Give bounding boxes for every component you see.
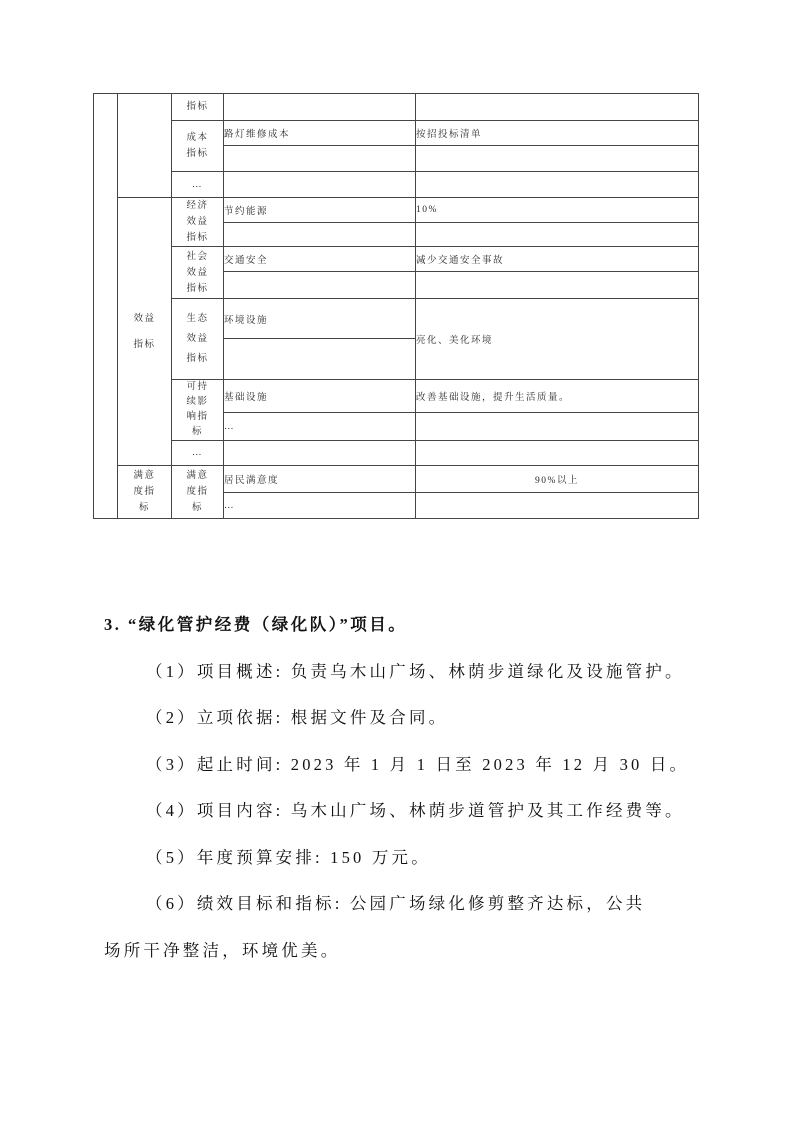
cell-indicator-name: 环境设施 bbox=[224, 299, 416, 339]
cell-indicator-value: 改善基础设施，提升生活质量。 bbox=[416, 380, 699, 413]
document-page: 指标 成本 指标 路灯维修成本 按招投标清单 … 效益 指标 经济 效益 指标 bbox=[0, 0, 793, 1122]
cell-subcategory-partial: 指标 bbox=[172, 94, 224, 121]
table-row: 成本 指标 路灯维修成本 按招投标清单 bbox=[94, 121, 699, 146]
cell-indicator-name-empty bbox=[224, 146, 416, 172]
table-row: 效益 指标 经济 效益 指标 节约能源 10% bbox=[94, 198, 699, 223]
cell-indicator-name: 路灯维修成本 bbox=[224, 121, 416, 146]
cell-indicator-name-empty bbox=[224, 172, 416, 198]
paragraph-item-5: （5）年度预算安排: 150 万元。 bbox=[104, 835, 729, 882]
cell-indicator-name: 基础设施 bbox=[224, 380, 416, 413]
cell-indicator-name-empty bbox=[224, 272, 416, 299]
cell-subcategory-economic: 经济 效益 指标 bbox=[172, 198, 224, 247]
table-row: … bbox=[94, 441, 699, 466]
cell-indicator-value-empty bbox=[416, 222, 699, 247]
cell-indicator-name: 居民满意度 bbox=[224, 466, 416, 493]
cell-indicator-name-empty bbox=[224, 441, 416, 466]
cell-indicator-value-empty bbox=[416, 172, 699, 198]
cell-subcategory-cost: 成本 指标 bbox=[172, 121, 224, 172]
cell-subcategory-satisfaction: 满意 度指 标 bbox=[172, 466, 224, 519]
cell-left-spacer-column bbox=[94, 94, 118, 519]
cell-indicator-value: 减少交通安全事故 bbox=[416, 247, 699, 272]
cell-subcategory-ecological: 生态 效益 指标 bbox=[172, 299, 224, 380]
cell-section-empty bbox=[118, 94, 172, 198]
cell-indicator-name: … bbox=[224, 413, 416, 441]
cell-indicator-value: 亮化、美化环境 bbox=[416, 299, 699, 380]
paragraph-item-6-line2: 场所干净整洁，环境优美。 bbox=[104, 928, 729, 975]
cell-indicator-value-empty bbox=[416, 272, 699, 299]
cell-section-satisfaction: 满意 度指 标 bbox=[118, 466, 172, 519]
section-heading: 3. “绿化管护经费（绿化队）”项目。 bbox=[104, 602, 729, 649]
cell-indicator-name: 交通安全 bbox=[224, 247, 416, 272]
paragraph-item-6: （6）绩效目标和指标: 公园广场绿化修剪整齐达标，公共 bbox=[104, 881, 729, 928]
cell-indicator-name-empty bbox=[224, 222, 416, 247]
cell-indicator-value: 10% bbox=[416, 198, 699, 223]
table-row: 满意 度指 标 满意 度指 标 居民满意度 90%以上 bbox=[94, 466, 699, 493]
table-row: … bbox=[94, 172, 699, 198]
paragraph-item-1: （1）项目概述: 负责乌木山广场、林荫步道绿化及设施管护。 bbox=[104, 649, 729, 696]
cell-subcategory-ellipsis: … bbox=[172, 172, 224, 198]
cell-indicator-value: 90%以上 bbox=[416, 466, 699, 493]
cell-indicator-name-empty bbox=[224, 94, 416, 121]
cell-indicator-name: 节约能源 bbox=[224, 198, 416, 223]
section-3-block: 3. “绿化管护经费（绿化队）”项目。 （1）项目概述: 负责乌木山广场、林荫步… bbox=[104, 602, 729, 974]
cell-indicator-name: … bbox=[224, 493, 416, 519]
cell-indicator-value: 按招投标清单 bbox=[416, 121, 699, 146]
cell-subcategory-sustainable: 可持 续影 响指 标 bbox=[172, 380, 224, 441]
paragraph-item-2: （2）立项依据: 根据文件及合同。 bbox=[104, 695, 729, 742]
cell-subcategory-social: 社会 效益 指标 bbox=[172, 247, 224, 299]
cell-indicator-value-empty bbox=[416, 146, 699, 172]
table-row: 社会 效益 指标 交通安全 减少交通安全事故 bbox=[94, 247, 699, 272]
table-row: 生态 效益 指标 环境设施 亮化、美化环境 bbox=[94, 299, 699, 339]
paragraph-item-4: （4）项目内容: 乌木山广场、林荫步道管护及其工作经费等。 bbox=[104, 788, 729, 835]
table-row: 可持 续影 响指 标 基础设施 改善基础设施，提升生活质量。 bbox=[94, 380, 699, 413]
cell-subcategory-ellipsis: … bbox=[172, 441, 224, 466]
cell-indicator-value-empty bbox=[416, 413, 699, 441]
cell-indicator-value-empty bbox=[416, 493, 699, 519]
table-row: 指标 bbox=[94, 94, 699, 121]
cell-section-benefit: 效益 指标 bbox=[118, 198, 172, 466]
paragraph-item-3: （3）起止时间: 2023 年 1 月 1 日至 2023 年 12 月 30 … bbox=[104, 742, 729, 789]
cell-indicator-value-empty bbox=[416, 94, 699, 121]
cell-indicator-name-empty bbox=[224, 339, 416, 380]
performance-indicator-table: 指标 成本 指标 路灯维修成本 按招投标清单 … 效益 指标 经济 效益 指标 bbox=[93, 93, 699, 519]
cell-indicator-value-empty bbox=[416, 441, 699, 466]
